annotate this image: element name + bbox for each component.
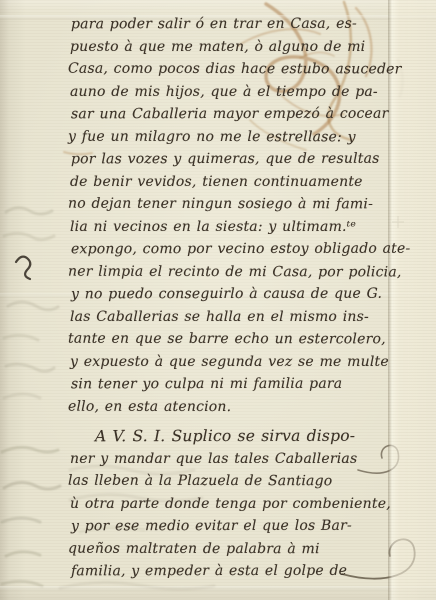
manuscript-line: tante en que se barre echo un estercoler… (68, 328, 388, 351)
manuscript-line: familia, y empeder à esta el golpe de (71, 560, 391, 583)
manuscript-line: Casa, como pocos dias hace estubo asuced… (68, 58, 388, 81)
manuscript-line: por las vozes y quimeras, que de resulta… (71, 148, 391, 171)
manuscript-line: auno de mis hijos, que à el tiempo de pa… (70, 81, 390, 104)
manuscript-line: ner y mandar que las tales Caballerias (70, 448, 390, 471)
manuscript-line: las Caballerias se halla en el mismo ins… (70, 306, 390, 329)
manuscript-line: de benir vevidos, tienen continuamente (70, 171, 390, 194)
manuscript-line: A V. S. I. Suplico se sirva dispo- (71, 425, 391, 448)
bottom-crease (0, 586, 436, 591)
paragraph-2-petition: A V. S. I. Suplico se sirva dispo- ner y… (70, 425, 390, 583)
manuscript-line: expongo, como por vecino estoy obligado … (71, 238, 391, 261)
manuscript-line: ner limpia el recinto de mi Casa, por po… (68, 260, 388, 283)
manuscript-line: y no puedo conseguirlo à causa de que G. (71, 283, 391, 306)
ink-blot (16, 257, 30, 279)
right-fold-strip (388, 0, 436, 600)
manuscript-line: y por ese medio evitar el que los Bar- (71, 515, 391, 538)
paragraph-1: para poder salir ó en trar en Casa, es- … (70, 13, 390, 418)
manuscript-page: para poder salir ó en trar en Casa, es- … (0, 0, 436, 600)
manuscript-line: sin tener yo culpa ni mi familia para (71, 373, 391, 396)
manuscript-line: para poder salir ó en trar en Casa, es- (71, 13, 391, 36)
manuscript-text: para poder salir ó en trar en Casa, es- … (70, 13, 390, 583)
manuscript-line: puesto à que me maten, ò alguno de mi (70, 36, 390, 59)
manuscript-line: y fue un milagro no me le estrellase: y (68, 125, 388, 148)
manuscript-line: las lleben à la Plazuela de Santiago (68, 470, 388, 493)
manuscript-line: no dejan tener ningun sosiego à mi fami- (68, 193, 388, 216)
manuscript-line: sar una Caballeria mayor empezó à cocear (71, 103, 391, 126)
manuscript-line: lia ni vecinos en la siesta: y ultimam.ᵗ… (70, 216, 390, 239)
manuscript-line: y expuesto à que segunda vez se me multe (70, 351, 390, 374)
manuscript-line: ù otra parte donde tenga por combeniente… (70, 493, 390, 516)
manuscript-line: ello, en esta atencion. (68, 395, 388, 418)
manuscript-line: queños maltraten de palabra à mi (68, 537, 388, 560)
